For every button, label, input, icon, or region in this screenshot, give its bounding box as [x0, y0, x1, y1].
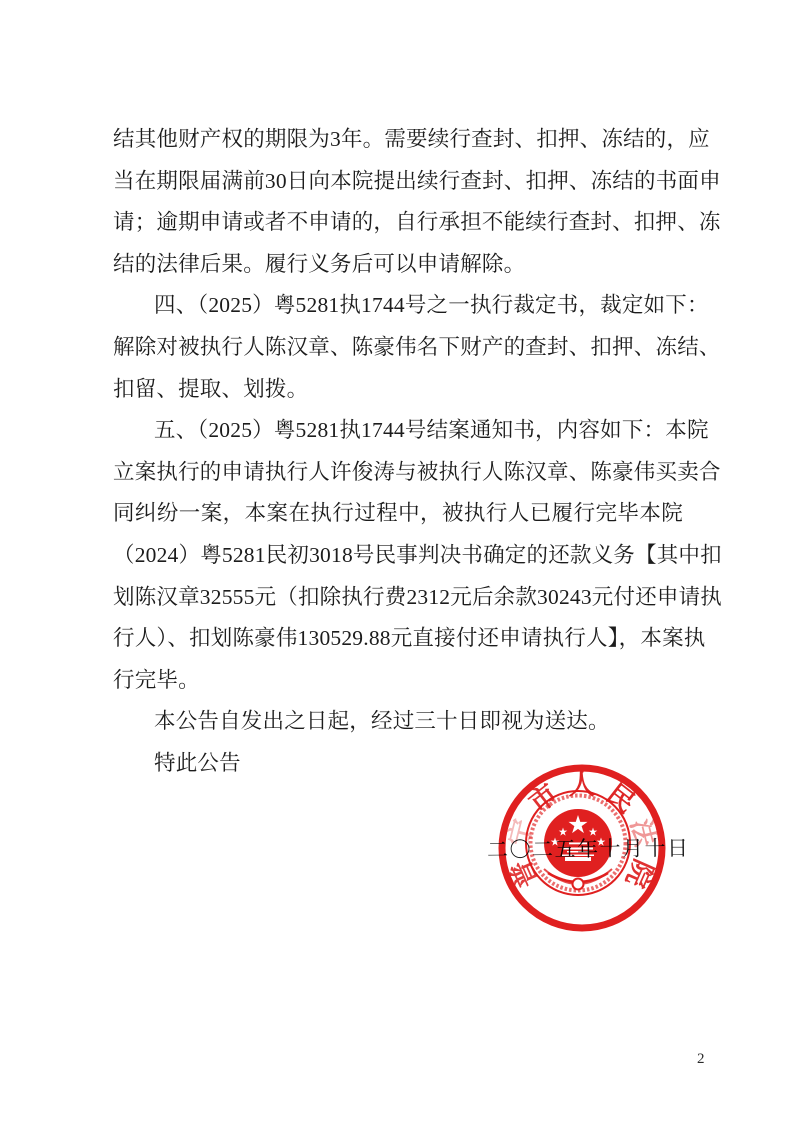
text-line: 本公告自发出之日起，经过三十日即视为送达。 [113, 701, 683, 743]
text-line: （2024）粤5281民初3018号民事判决书确定的还款义务【其中扣 [113, 535, 683, 577]
text-line: 请；逾期申请或者不申请的，自行承担不能续行查封、扣押、冻 [113, 202, 683, 244]
seal-date: 二〇二五年十月十日 [487, 832, 697, 864]
text-line: 四、（2025）粤5281执1744号之一执行裁定书，裁定如下： [113, 285, 683, 327]
page-number: 2 [697, 1051, 705, 1068]
text-line: 结的法律后果。履行义务后可以申请解除。 [113, 244, 683, 286]
text-line: 行完毕。 [113, 660, 683, 702]
court-seal: 普 宁 市 人 民 法 院 二〇二五年十月十日 [487, 753, 677, 943]
text-line: 五、（2025）粤5281执1744号结案通知书，内容如下：本院 [113, 410, 683, 452]
seal-arc-char: 人 [569, 770, 596, 800]
text-line: 解除对被执行人陈汉章、陈豪伟名下财产的查封、扣押、冻结、 [113, 327, 683, 369]
text-line: 当在期限届满前30日向本院提出续行查封、扣押、冻结的书面申 [113, 161, 683, 203]
text-line: 行人）、扣划陈豪伟130529.88元直接付还申请执行人】，本案执 [113, 618, 683, 660]
text-line: 立案执行的申请执行人许俊涛与被执行人陈汉章、陈豪伟买卖合 [113, 452, 683, 494]
document-body: 结其他财产权的期限为3年。需要续行查封、扣押、冻结的，应当在期限届满前30日向本… [113, 119, 683, 785]
document-page: 结其他财产权的期限为3年。需要续行查封、扣押、冻结的，应当在期限届满前30日向本… [0, 0, 793, 1122]
text-line: 划陈汉章32555元（扣除执行费2312元后余款30243元付还申请执 [113, 577, 683, 619]
text-line: 扣留、提取、划拨。 [113, 369, 683, 411]
text-line: 同纠纷一案，本案在执行过程中，被执行人已履行完毕本院 [113, 493, 683, 535]
text-line: 结其他财产权的期限为3年。需要续行查封、扣押、冻结的，应 [113, 119, 683, 161]
